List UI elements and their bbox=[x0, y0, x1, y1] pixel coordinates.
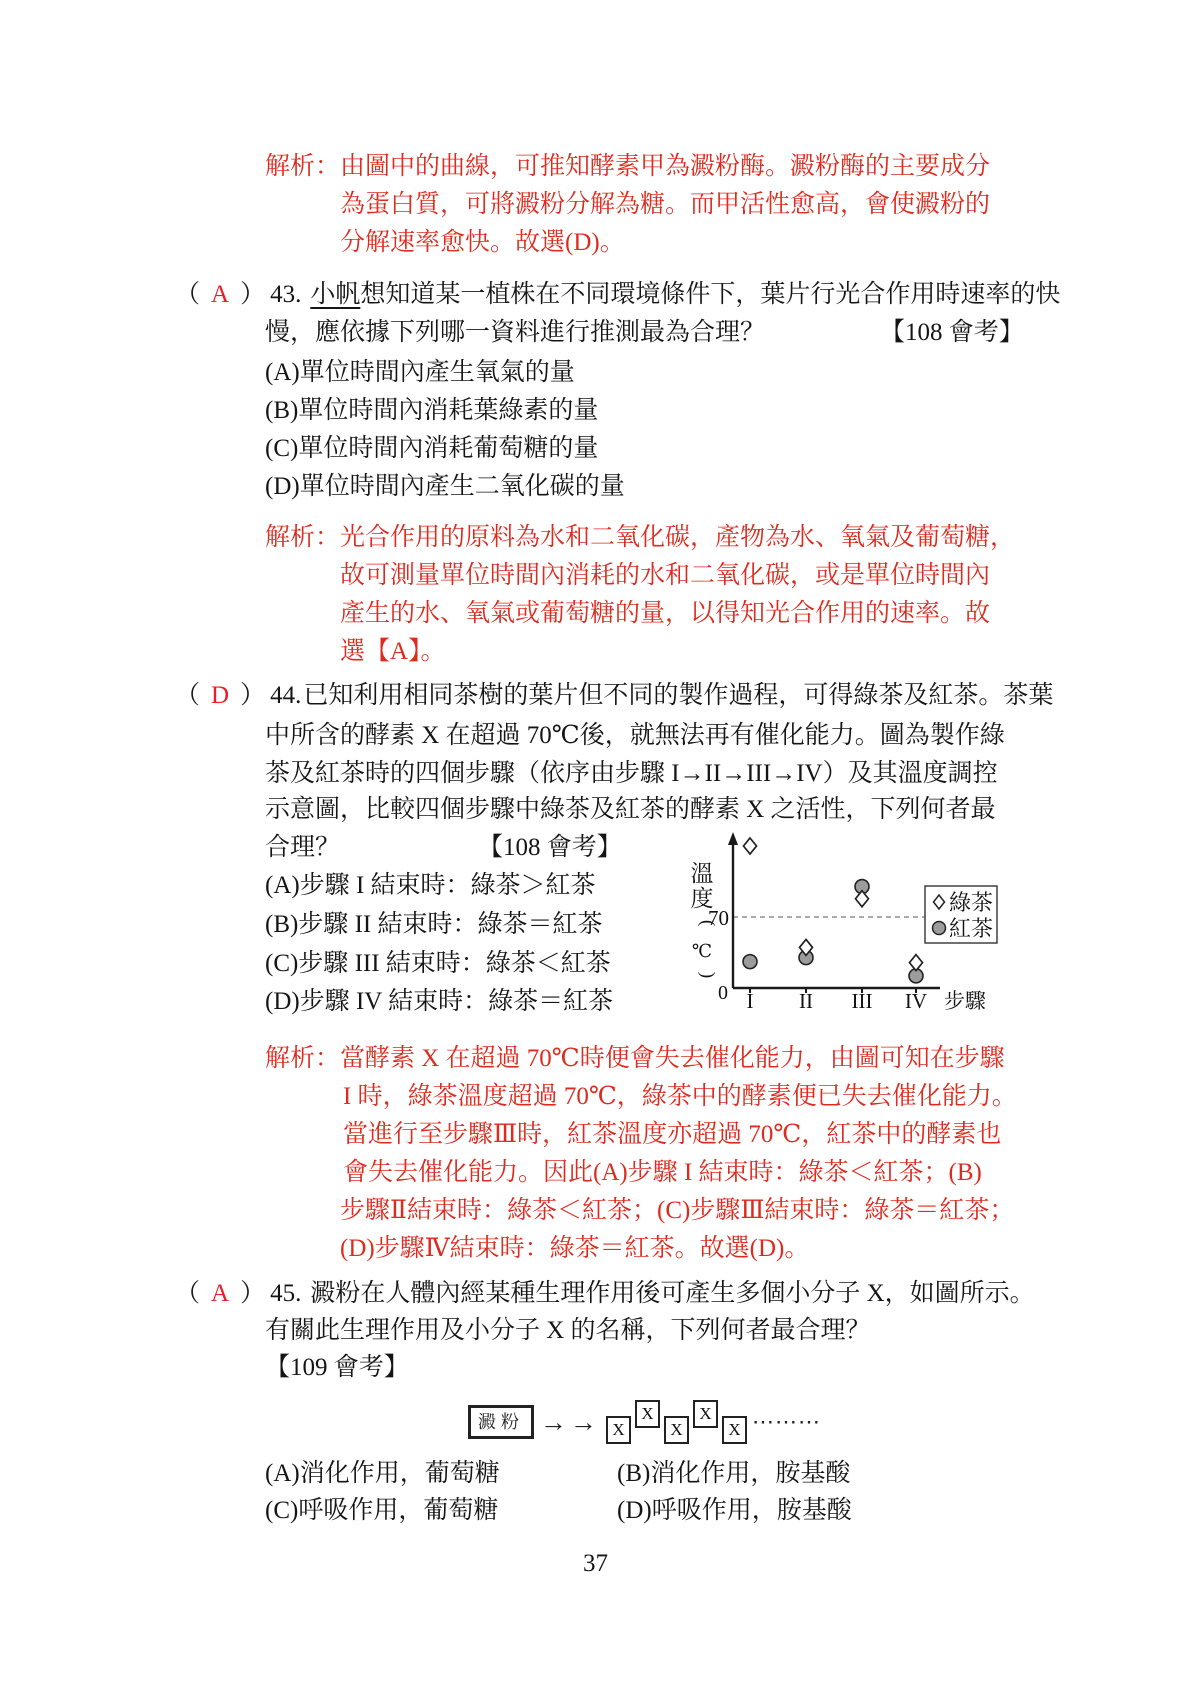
explanation-43-line: 故可測量單位時間內消耗的水和二氧化碳，或是單位時間內 bbox=[340, 559, 990, 593]
question-number-45: 45. bbox=[270, 1280, 301, 1307]
tea-temperature-chart-svg: IIIIIIIV步驟070溫度(℃)綠茶紅茶 bbox=[628, 775, 1040, 1010]
ellipsis-dots: ⋯⋯⋯ bbox=[752, 1409, 821, 1435]
question-43-line1: （A）43.小帆想知道某一植株在不同環境條件下，葉片行光合作用時速率的快 bbox=[175, 278, 1060, 312]
explanation-43-line: 解析：光合作用的原料為水和二氧化碳，產物為水、氧氣及葡萄糖， bbox=[265, 521, 1015, 555]
question-45-text: 澱粉在人體內經某種生理作用後可產生多個小分子 X，如圖所示。 bbox=[310, 1280, 1034, 1307]
answer-paren-open: （ bbox=[175, 682, 200, 709]
answer-letter-44: D bbox=[211, 682, 229, 709]
x-tick-label: I bbox=[747, 989, 754, 1010]
explanation-43-line: 選【A】。 bbox=[340, 635, 446, 669]
y-axis-title-paren: ( bbox=[697, 920, 718, 926]
question-44-line2: 中所含的酵素 X 在超過 70℃後，就無法再有催化能力。圖為製作綠 bbox=[265, 719, 1005, 753]
question-44-option-c: (C)步驟 III 結束時：綠茶＜紅茶 bbox=[265, 947, 611, 981]
legend-label: 紅茶 bbox=[949, 916, 993, 941]
arrow-icon: →→ bbox=[540, 1407, 600, 1438]
question-number-43: 43. bbox=[270, 281, 301, 308]
answer-paren-open: （ bbox=[175, 281, 200, 308]
explanation-43-line: 產生的水、氧氣或葡萄糖的量，以得知光合作用的速率。故 bbox=[340, 597, 990, 631]
x-axis-title: 步驟 bbox=[944, 989, 986, 1010]
data-point-green-tea bbox=[744, 838, 757, 854]
data-point-black-tea bbox=[743, 955, 757, 969]
answer-letter-45: A bbox=[211, 1280, 229, 1307]
x-tick-label: IV bbox=[905, 989, 927, 1010]
explanation-44-line: 會失去催化能力。因此(A)步驟 I 結束時：綠茶＜紅茶；(B) bbox=[343, 1156, 982, 1190]
answer-letter-43: A bbox=[211, 281, 229, 308]
y-tick-label-0: 0 bbox=[718, 982, 728, 1004]
y-axis-title: 度 bbox=[691, 886, 714, 911]
question-44-option-d: (D)步驟 IV 結束時：綠茶＝紅茶 bbox=[265, 985, 613, 1019]
question-45-source: 【109 會考】 bbox=[265, 1351, 409, 1385]
x-molecule-box: X bbox=[664, 1416, 689, 1444]
explanation-44-line: 步驟Ⅱ結束時：綠茶＜紅茶；(C)步驟Ⅲ結束時：綠茶＝紅茶； bbox=[340, 1194, 1014, 1228]
starch-diagram: 澱粉 →→ XXXXX ⋯⋯⋯ bbox=[468, 1398, 821, 1446]
data-point-green-tea bbox=[910, 955, 923, 971]
y-axis-arrow-icon bbox=[728, 832, 738, 845]
explanation-44-line: (D)步驟Ⅳ結束時：綠茶＝紅茶。故選(D)。 bbox=[340, 1232, 809, 1266]
exam-page: 解析：由圖中的曲線，可推知酵素甲為澱粉酶。澱粉酶的主要成分 為蛋白質，可將澱粉分… bbox=[0, 0, 1191, 1684]
y-axis-title: 溫 bbox=[691, 861, 714, 886]
page-number: 37 bbox=[0, 1550, 1191, 1578]
explanation-44-line: 解析：當酵素 X 在超過 70℃時便會失去催化能力，由圖可知在步驟 bbox=[265, 1042, 1005, 1076]
question-45-line2: 有關此生理作用及小分子 X 的名稱，下列何者最合理？ bbox=[265, 1314, 871, 1348]
question-44-source: 【108 會考】 bbox=[478, 831, 622, 865]
question-number-44: 44. bbox=[270, 682, 301, 709]
question-44-text: 已知利用相同茶樹的葉片但不同的製作過程，可得綠茶及紅茶。茶葉 bbox=[303, 682, 1053, 709]
y-axis-title-paren: ) bbox=[697, 972, 718, 978]
answer-paren-close: ） bbox=[240, 682, 265, 709]
question-45-option-a: (A)消化作用，葡萄糖 bbox=[265, 1457, 500, 1491]
question-43-text: 想知道某一植株在不同環境條件下，葉片行光合作用時速率的快 bbox=[360, 281, 1060, 308]
answer-paren-close: ） bbox=[240, 281, 265, 308]
starch-box: 澱粉 bbox=[468, 1405, 534, 1439]
question-45-option-d: (D)呼吸作用，胺基酸 bbox=[617, 1494, 852, 1528]
question-43-line2: 慢，應依據下列哪一資料進行推測最為合理？ bbox=[265, 316, 765, 350]
question-43-option-d: (D)單位時間內產生二氧化碳的量 bbox=[265, 470, 625, 504]
x-molecule-box: X bbox=[693, 1400, 718, 1428]
x-molecule-box: X bbox=[635, 1400, 660, 1428]
x-molecule-box: X bbox=[722, 1416, 747, 1444]
data-point-green-tea bbox=[856, 891, 869, 907]
question-44-option-b: (B)步驟 II 結束時：綠茶＝紅茶 bbox=[265, 908, 602, 942]
tea-temperature-chart: IIIIIIIV步驟070溫度(℃)綠茶紅茶 bbox=[628, 775, 1040, 1010]
question-43-source: 【108 會考】 bbox=[880, 316, 1024, 350]
question-43-option-a: (A)單位時間內產生氧氣的量 bbox=[265, 356, 575, 390]
underlined-name: 小帆 bbox=[310, 281, 360, 308]
question-44-option-a: (A)步驟 I 結束時：綠茶＞紅茶 bbox=[265, 869, 596, 903]
question-43-option-b: (B)單位時間內消耗葉綠素的量 bbox=[265, 394, 598, 428]
explanation-42-line: 為蛋白質，可將澱粉分解為糖。而甲活性愈高，會使澱粉的 bbox=[340, 188, 990, 222]
explanation-42-line: 分解速率愈快。故選(D)。 bbox=[340, 226, 625, 260]
question-43-option-c: (C)單位時間內消耗葡萄糖的量 bbox=[265, 432, 598, 466]
question-45-option-b: (B)消化作用，胺基酸 bbox=[617, 1457, 850, 1491]
answer-paren-close: ） bbox=[240, 1280, 265, 1307]
legend-black-tea-marker-icon bbox=[933, 922, 946, 935]
question-44-line5: 合理？ bbox=[265, 831, 340, 865]
question-44-line1: （D）44.已知利用相同茶樹的葉片但不同的製作過程，可得綠茶及紅茶。茶葉 bbox=[175, 679, 1053, 713]
question-45-option-c: (C)呼吸作用，葡萄糖 bbox=[265, 1494, 498, 1528]
explanation-42-line: 解析：由圖中的曲線，可推知酵素甲為澱粉酶。澱粉酶的主要成分 bbox=[265, 150, 990, 184]
x-molecule-boxes: XXXXX bbox=[604, 1408, 749, 1436]
legend-label: 綠茶 bbox=[949, 890, 993, 915]
answer-paren-open: （ bbox=[175, 1280, 200, 1307]
x-molecule-box: X bbox=[606, 1416, 631, 1444]
explanation-44-line: I 時，綠茶溫度超過 70℃，綠茶中的酵素便已失去催化能力。 bbox=[343, 1080, 1017, 1114]
question-45-line1: （A）45.澱粉在人體內經某種生理作用後可產生多個小分子 X，如圖所示。 bbox=[175, 1277, 1035, 1311]
x-tick-label: III bbox=[852, 989, 873, 1010]
y-axis-title-unit: ℃ bbox=[692, 941, 712, 961]
explanation-44-line: 當進行至步驟Ⅲ時，紅茶溫度亦超過 70℃，紅茶中的酵素也 bbox=[343, 1118, 1001, 1152]
x-tick-label: II bbox=[799, 989, 813, 1010]
